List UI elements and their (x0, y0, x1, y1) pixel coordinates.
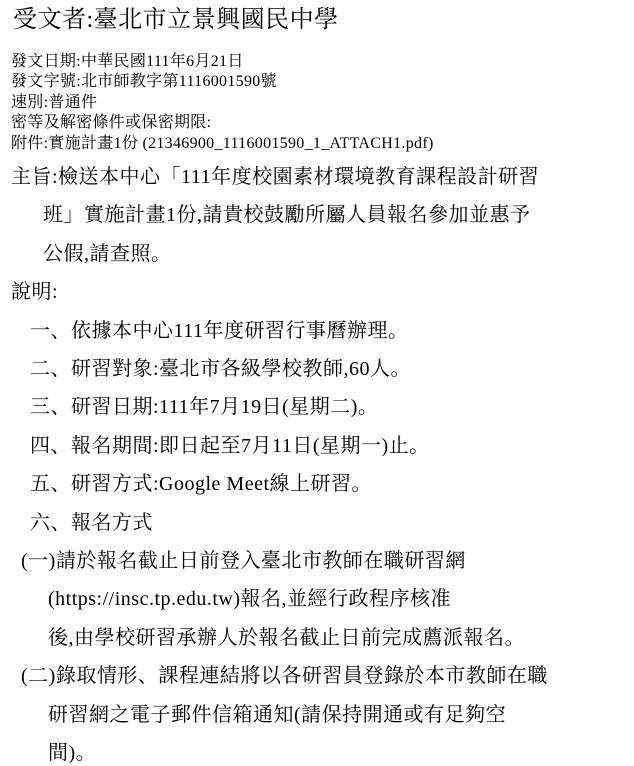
explanation-item-4: 四、報名期間:即日起至7月11日(星期一)止。 (0, 427, 634, 465)
subject-line-1: 主旨:檢送本中心「111年度校園素材環境教育課程設計研習 (0, 158, 634, 196)
metadata-block: 發文日期:中華民國111年6月21日 發文字號:北市師教字第1116001590… (11, 52, 634, 154)
speed-line: 速別:普通件 (11, 93, 634, 113)
recipient-line: 受文者:臺北市立景興國民中學 (13, 6, 634, 35)
explanation-item-1: 一、依據本中心111年度研習行事曆辦理。 (0, 312, 634, 350)
subject-line-3: 公假,請查照。 (0, 235, 634, 273)
security-line: 密等及解密條件或保密期限: (11, 113, 634, 133)
attachment-line: 附件:實施計畫1份 (21346900_1116001590_1_ATTACH1… (11, 134, 634, 154)
doc-number-line: 發文字號:北市師教字第1116001590號 (11, 72, 634, 92)
explanation-item-6: 六、報名方式 (0, 504, 634, 542)
sub-item-1-line-1: (一)請於報名截止日前登入臺北市教師在職研習網 (0, 542, 634, 580)
issue-date-line: 發文日期:中華民國111年6月21日 (11, 52, 634, 72)
sub-item-2-line-3: 間)。 (0, 734, 634, 766)
sub-item-1-line-2: (https://insc.tp.edu.tw)報名,並經行政程序核准 (0, 580, 634, 618)
subject-line-2: 班」實施計畫1份,請貴校鼓勵所屬人員報名參加並惠予 (0, 196, 634, 234)
document-body: 主旨:檢送本中心「111年度校園素材環境教育課程設計研習 班」實施計畫1份,請貴… (0, 158, 634, 766)
explanation-item-2: 二、研習對象:臺北市各級學校教師,60人。 (0, 350, 634, 388)
explanation-label: 說明: (0, 273, 634, 311)
explanation-item-5: 五、研習方式:Google Meet線上研習。 (0, 465, 634, 503)
sub-item-2-line-2: 研習網之電子郵件信箱通知(請保持開通或有足夠空 (0, 696, 634, 734)
explanation-item-3: 三、研習日期:111年7月19日(星期二)。 (0, 388, 634, 426)
sub-item-2-line-1: (二)錄取情形、課程連結將以各研習員登錄於本市教師在職 (0, 657, 634, 695)
sub-item-1-line-3: 後,由學校研習承辦人於報名截止日前完成薦派報名。 (0, 619, 634, 657)
official-document-page: 受文者:臺北市立景興國民中學 發文日期:中華民國111年6月21日 發文字號:北… (0, 6, 634, 766)
